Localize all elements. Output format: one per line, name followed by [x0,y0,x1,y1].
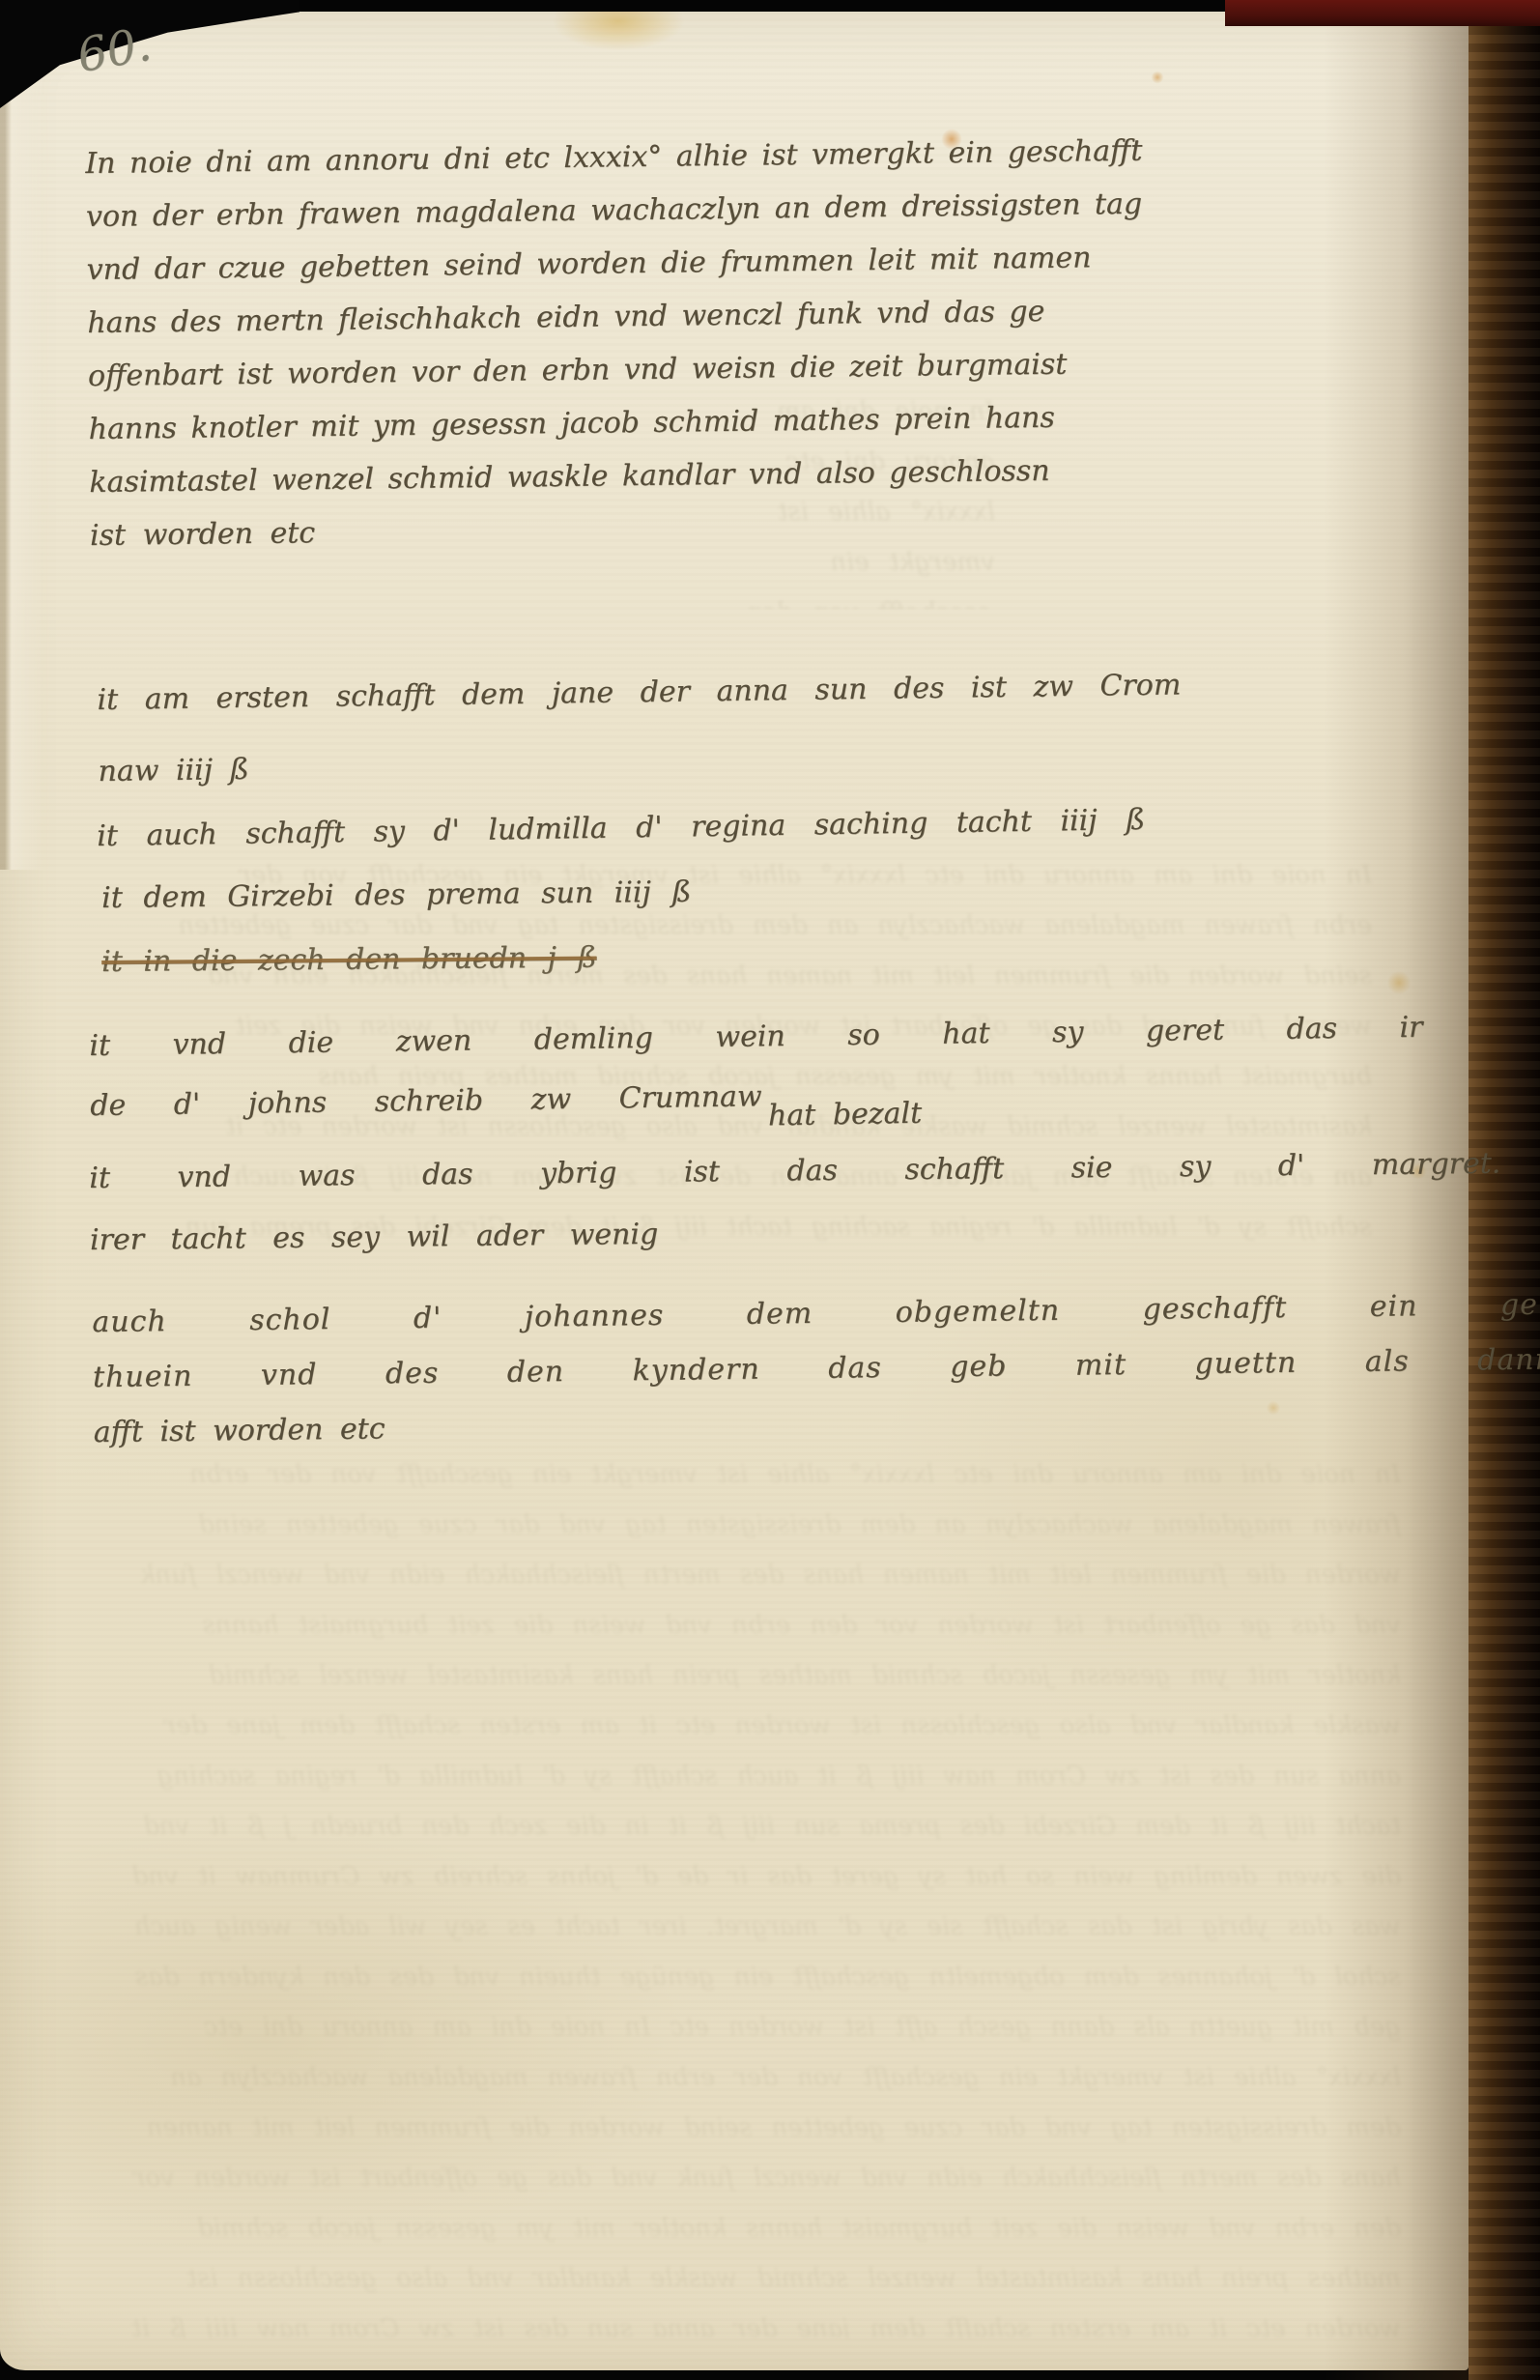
manuscript-line: it dem Girzebi des prema sun iiij ß [101,875,692,915]
verso-bleedthrough: In noie dni am annoru dni etc lxxxix° al… [116,1449,1401,2338]
struck-manuscript-line: it in die zech den bruedn j ß [101,941,597,979]
bequest-paragraph-3: it dem Girzebi des prema sun iiij ß [101,875,692,915]
bequest-paragraph-5: it vnd die zwen demling wein so hat sy g… [89,998,1424,1136]
bequest-paragraph-6: it vnd was das ybrig ist das schafft sie… [89,1133,1501,1272]
bequest-paragraph-2: it auch schafft sy d' ludmilla d' regina… [97,803,1145,853]
bequest-paragraph-1: it am ersten schafft dem jane der anna s… [97,649,1183,808]
manuscript-line: it am ersten schafft dem jane der anna s… [97,649,1182,736]
manuscript-scan: { "page": { "folio_number": "60.", "pape… [0,0,1540,2380]
text-layer: In noie dni am annoru dni etc lxxxix° al… [0,0,1540,2380]
folio-number: 60. [73,17,156,83]
inserted-note: hat bezalt [768,1097,923,1133]
manuscript-line: naw iiij ß [98,721,1183,808]
heading-paragraph: In noie dni am annoru dni etc lxxxix° al… [85,125,1147,562]
closing-paragraph: auch schol d' johannes dem obgemeltn ges… [92,1276,1540,1460]
bequest-paragraph-4-struck: it in die zech den bruedn j ß [101,941,597,979]
manuscript-line: it auch schafft sy d' ludmilla d' regina… [97,803,1145,853]
